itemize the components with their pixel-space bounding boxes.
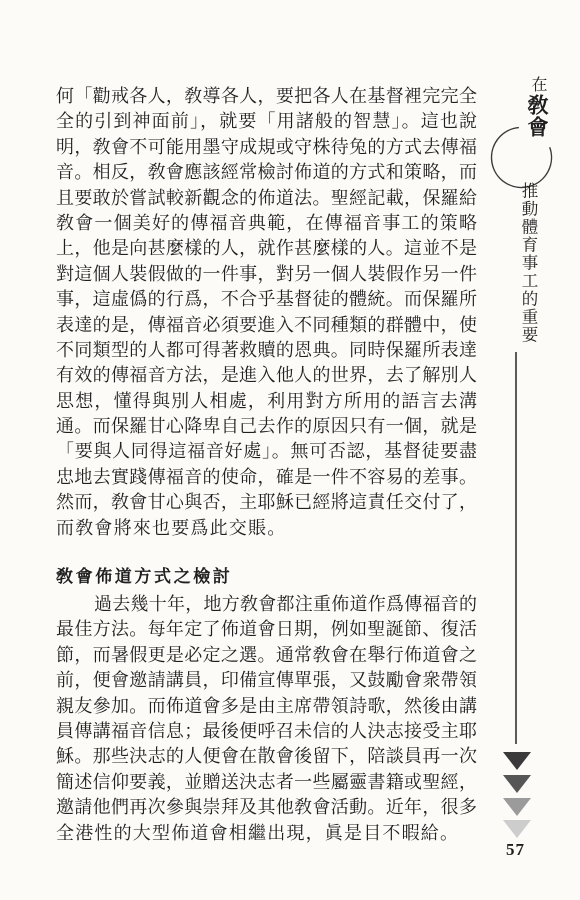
text-line: 思想，懂得與別人相處，利用對方所用的語言去溝 [56,389,477,414]
text-line: 過去幾十年，地方敎會都注重佈道作爲傳福音的 [56,592,477,617]
triangle-markers [502,750,534,842]
text-line: 不同類型的人都可得著救贖的恩典。同時保羅所表達 [56,338,477,363]
text-line: 然而，敎會甘心與否，主耶穌已經將這責任交付了， [56,490,477,515]
text-line: 表達的是，傳福音必須要進入不同種類的群體中，使 [56,313,477,338]
chapter-title-bold: 敎會 [525,94,549,138]
text-line: 上，他是向甚麼樣的人，就作甚麼樣的人。這並不是 [56,236,477,261]
text-line: 節，而暑假更是必定之選。通常敎會在舉行佈道會之 [56,643,477,668]
text-line: 邀請他們再次參與崇拜及其他敎會活動。近年，很多 [56,795,477,820]
text-line: 親友參加。而佈道會多是由主席帶領詩歌，然後由講 [56,694,477,719]
text-line: 對這個人裝假做的一件事，對另一個人裝假作另一件 [56,262,477,287]
text-line: 「要與人同得這福音好處」。無可否認，基督徒要盡 [56,439,477,464]
chapter-title-vertical: 在敎會 [526,76,548,138]
book-page: 何「勸戒各人，敎導各人，要把各人在基督裡完完全 全的引到神面前」，就要「用諸般的… [0,0,580,900]
chapter-title-prefix: 在 [529,76,546,94]
text-line: 而敎會將來也要爲此交賬。 [56,516,477,541]
triangle-down-icon [503,752,531,770]
text-line: 通。而保羅甘心降卑自己去作的原因只有一個，就是 [56,414,477,439]
text-line: 事，這虛僞的行爲，不合乎基督徒的體統。而保羅所 [56,287,477,312]
text-line: 全的引到神面前」，就要「用諸般的智慧」。這也說 [56,109,477,134]
triangle-down-icon [503,798,531,816]
vertical-rule [515,352,517,744]
page-number: 57 [506,840,525,860]
text-line: 明，敎會不可能用墨守成規或守株待兔的方式去傳福 [56,135,477,160]
text-line: 有效的傳福音方法，是進入他人的世界，去了解別人 [56,363,477,388]
triangle-down-icon [503,820,531,838]
text-line: 最佳方法。每年定了佈道會日期，例如聖誕節、復活 [56,617,477,642]
text-line: 敎會一個美好的傳福音典範，在傳福音事工的策略 [56,211,477,236]
text-line: 前，便會邀請講員，印備宣傳單張，又鼓勵會衆帶領 [56,668,477,693]
chapter-title-rest: 推動體育事工的重要 [519,182,537,344]
body-text-block: 何「勸戒各人，敎導各人，要把各人在基督裡完完全 全的引到神面前」，就要「用諸般的… [56,84,477,846]
text-line: 何「勸戒各人，敎導各人，要把各人在基督裡完完全 [56,84,477,109]
text-line: 全港性的大型佈道會相繼出現，眞是目不暇給。 [56,821,477,846]
text-line: 穌。那些決志的人便會在散會後留下，陪談員再一次 [56,744,477,769]
text-line: 音。相反，敎會應該經常檢討佈道的方式和策略，而 [56,160,477,185]
text-line: 且要敢於嘗試較新觀念的佈道法。聖經記載，保羅給 [56,186,477,211]
text-line: 員傳講福音信息；最後便呼召未信的人決志接受主耶 [56,719,477,744]
triangle-down-icon [503,775,531,793]
section-heading: 敎會佈道方式之檢討 [56,564,477,589]
text-line: 忠地去實踐傳福音的使命，確是一件不容易的差事。 [56,465,477,490]
text-line: 簡述信仰要義，並贈送決志者一些屬靈書籍或聖經， [56,770,477,795]
